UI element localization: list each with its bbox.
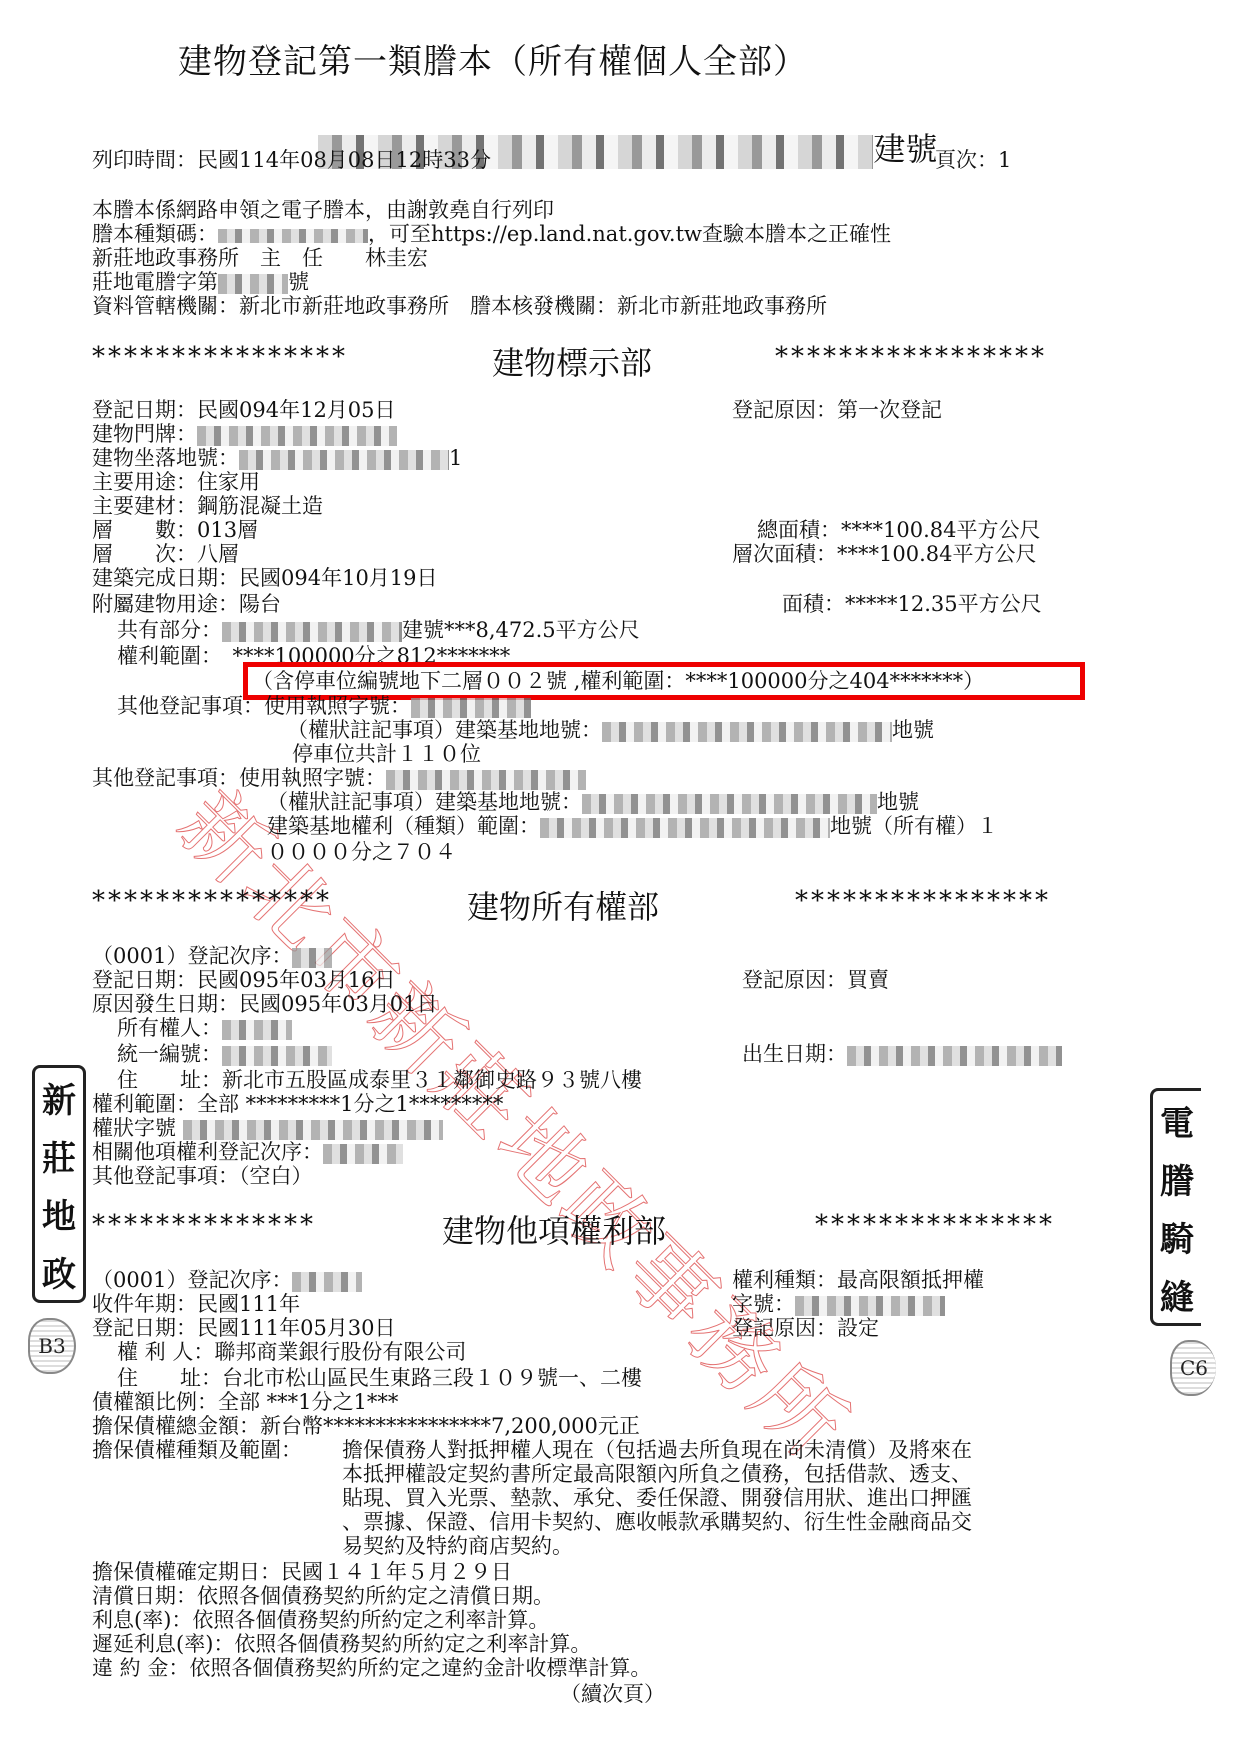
- word-number: 字號：: [732, 1292, 945, 1316]
- right-page-badge: C6: [1170, 1340, 1216, 1396]
- related-rights-order: 相關他項權利登記次序：: [92, 1140, 403, 1164]
- receipt-year: 收件年期：民國111年: [92, 1292, 300, 1316]
- left-page-badge: B3: [28, 1318, 76, 1374]
- ownership-order: （0001）登記次序：: [92, 944, 332, 968]
- parking-note: （含停車位編號地下二層００２號 ,權利範圍：****100000分之404***…: [252, 669, 984, 693]
- redacted-shared: [222, 622, 402, 642]
- redacted-lot: [239, 450, 449, 470]
- redacted-cert: [183, 1120, 443, 1140]
- section-divider-right: ***************: [815, 1210, 1055, 1240]
- shared-suffix: 建號***8,472.5平方公尺: [402, 618, 640, 642]
- secured-scope-line: 擔保債務人對抵押權人現在（包括過去所負現在尚未清償）及將來在: [342, 1438, 972, 1462]
- base-rights-prefix: 建築基地權利（種類）範圍：: [267, 814, 540, 838]
- redacted-word-no: [795, 1296, 945, 1316]
- section-divider-left: **************: [92, 1210, 316, 1240]
- ownership-other: 其他登記事項：（空白）: [92, 1164, 313, 1188]
- reg-date: 登記日期：民國094年12月05日: [92, 398, 396, 422]
- continued-next-page: （續次頁）: [560, 1682, 665, 1706]
- total-area: 總面積：****100.84平方公尺: [757, 518, 1040, 542]
- parking-total: 停車位共計１１０位: [292, 742, 481, 766]
- owner: 所有權人：: [117, 1016, 292, 1040]
- print-time-label: 列印時間：: [92, 148, 197, 172]
- secured-scope-line: 、票據、保證、信用卡契約、應收帳款承購契約、衍生性金融商品交: [342, 1510, 972, 1534]
- id-label: 統一編號：: [117, 1042, 222, 1066]
- seal-char: 騎: [1160, 1212, 1194, 1261]
- doc-no-suffix: 號: [288, 270, 309, 294]
- redacted-door-plate: [197, 426, 397, 446]
- base-rights-suffix: 地號（所有權）１: [830, 814, 998, 838]
- owner-label: 所有權人：: [117, 1016, 222, 1040]
- main-use: 主要用途：住家用: [92, 470, 260, 494]
- ownership-reg-date: 登記日期：民國095年03月16日: [92, 968, 396, 992]
- order-label: （0001）登記次序：: [92, 944, 292, 968]
- secured-scope-line: 易契約及特約商店契約。: [342, 1534, 573, 1558]
- section-title-marking: 建物標示部: [492, 338, 652, 384]
- document-title: 建物登記第一類謄本（所有權個人全部）: [178, 34, 808, 83]
- other-items-2: 其他登記事項：使用執照字號：: [92, 766, 586, 790]
- seal-char: 新: [42, 1073, 76, 1122]
- determination-date: 擔保債權確定期日：民國１４１年５月２９日: [92, 1560, 512, 1584]
- holder-address: 住 址：台北市松山區民生東路三段１０９號一、二樓: [117, 1366, 642, 1390]
- e-transcript-note: 本謄本係網路申領之電子謄本，由謝敦堯自行列印: [92, 198, 554, 222]
- redacted-related-order: [323, 1144, 403, 1164]
- other-items-1-lot: （權狀註記事項）建築基地地號：地號: [287, 718, 934, 742]
- birth-date: 出生日期：: [742, 1042, 1062, 1066]
- redacted-permit-2: [386, 770, 586, 790]
- redacted-lot-1: [602, 722, 892, 742]
- building-number-suffix: 建號: [873, 130, 937, 168]
- late-interest: 遲延利息(率)：依照各個債務契約所約定之利率計算。: [92, 1632, 591, 1656]
- section-divider-left: ***************: [92, 886, 332, 916]
- redacted-code: [218, 229, 368, 243]
- other-items-1: 其他登記事項：使用執照字號：: [117, 694, 531, 718]
- rights-holder: 權 利 人：聯邦商業銀行股份有限公司: [117, 1340, 466, 1364]
- redacted-owner: [222, 1020, 292, 1040]
- other1-label: 其他登記事項：使用執照字號：: [117, 694, 411, 718]
- rights-order-label: （0001）登記次序：: [92, 1268, 292, 1292]
- page-number: 頁次：1: [935, 148, 1011, 172]
- other1-lot-suffix: 地號: [892, 718, 934, 742]
- other2-lot-prefix: （權狀註記事項）建築基地地號：: [267, 790, 582, 814]
- secured-scope-label: 擔保債權種類及範圍：: [92, 1438, 302, 1462]
- ownership-reg-reason: 登記原因：買賣: [742, 968, 889, 992]
- seal-char: 縫: [1160, 1270, 1194, 1319]
- owner-address: 住 址：新北市五股區成泰里３１鄰御史路９３號八樓: [117, 1068, 642, 1092]
- rights-reg-date: 登記日期：民國111年05月30日: [92, 1316, 396, 1340]
- print-time: 列印時間：民國114年08月08日12時33分: [92, 148, 491, 172]
- right-riding-seal: 電 謄 騎 縫: [1150, 1088, 1201, 1326]
- left-riding-seal: 新 莊 地 政: [32, 1065, 86, 1303]
- secured-total-amount: 擔保債權總金額：新台幣****************7,200,000元正: [92, 1414, 640, 1438]
- penalty: 違 約 金：依照各個債務契約所約定之違約金計收標準計算。: [92, 1656, 651, 1680]
- verification-line: 謄本種類碼：，可至https://ep.land.nat.gov.tw查驗本謄本…: [92, 222, 891, 246]
- seal-char: 莊: [42, 1131, 76, 1180]
- other2-lot-suffix: 地號: [877, 790, 919, 814]
- section-title-ownership: 建物所有權部: [467, 882, 659, 928]
- base-land-rights: 建築基地權利（種類）範圍：地號（所有權）１: [267, 814, 998, 838]
- other-items-2-lot: （權狀註記事項）建築基地地號：地號: [267, 790, 919, 814]
- seal-char: 政: [42, 1247, 76, 1296]
- other2-label: 其他登記事項：使用執照字號：: [92, 766, 386, 790]
- certificate-number: 權狀字號: [92, 1116, 443, 1140]
- base-land-ratio: ００００分之７０４: [267, 840, 456, 864]
- annex-area: 面積：*****12.35平方公尺: [782, 592, 1042, 616]
- main-material: 主要建材：鋼筋混凝土造: [92, 494, 323, 518]
- doc-no-prefix: 莊地電謄字第: [92, 270, 218, 294]
- page-value: 1: [998, 148, 1011, 172]
- other1-lot-prefix: （權狀註記事項）建築基地地號：: [287, 718, 602, 742]
- completion-date: 建築完成日期：民國094年10月19日: [92, 566, 438, 590]
- id-number: 統一編號：: [117, 1042, 332, 1066]
- ownership-rights-scope: 權利範圍：全部 *********1分之1*********: [92, 1092, 503, 1116]
- repayment-date: 清償日期：依照各個債務契約所約定之清償日期。: [92, 1584, 554, 1608]
- interest-rate: 利息(率)：依照各個債務契約所約定之利率計算。: [92, 1608, 549, 1632]
- door-plate: 建物門牌：: [92, 422, 397, 446]
- lot-number: 建物坐落地號：1: [92, 446, 462, 470]
- rights-order: （0001）登記次序：: [92, 1268, 362, 1292]
- floor-count: 層 數：013層: [92, 518, 258, 542]
- redacted-permit-1: [411, 698, 531, 718]
- redacted-doc-no: [218, 274, 288, 294]
- section-divider-right: ****************: [795, 886, 1051, 916]
- redacted-base-lot: [540, 818, 830, 838]
- section-divider-right: *****************: [775, 342, 1047, 372]
- office-director-line: 新莊地政事務所 主 任 林圭宏: [92, 246, 428, 270]
- section-title-other-rights: 建物他項權利部: [442, 1206, 666, 1252]
- birth-label: 出生日期：: [742, 1042, 847, 1066]
- cert-label: 權狀字號: [92, 1116, 176, 1140]
- related-label: 相關他項權利登記次序：: [92, 1140, 323, 1164]
- door-label: 建物門牌：: [92, 422, 197, 446]
- shared-portion: 共有部分：建號***8,472.5平方公尺: [117, 618, 640, 642]
- seal-char: 地: [42, 1189, 76, 1238]
- redacted-lot-2: [582, 794, 877, 814]
- lot-label: 建物坐落地號：: [92, 446, 239, 470]
- document-number: 莊地電謄字第號: [92, 270, 309, 294]
- code-label: 謄本種類碼：: [92, 222, 218, 246]
- rights-reg-reason: 登記原因：設定: [732, 1316, 879, 1340]
- redacted-birth-date: [847, 1046, 1062, 1066]
- redacted-id: [222, 1046, 332, 1066]
- verify-text: ，可至https://ep.land.nat.gov.tw查驗本謄本之正確性: [368, 222, 891, 246]
- agency-line: 資料管轄機關：新北市新莊地政事務所 謄本核發機關：新北市新莊地政事務所: [92, 294, 827, 318]
- seal-char: 謄: [1160, 1154, 1194, 1203]
- word-no-label: 字號：: [732, 1292, 795, 1316]
- redacted-rights-order: [292, 1272, 362, 1292]
- floor-area: 層次面積：****100.84平方公尺: [732, 542, 1036, 566]
- secured-scope-line: 本抵押權設定契約書所定最高限額內所負之債務，包括借款、透支、: [342, 1462, 972, 1486]
- annex-use: 附屬建物用途：陽台: [92, 592, 281, 616]
- shared-label: 共有部分：: [117, 618, 222, 642]
- lot-suffix: 1: [449, 446, 462, 470]
- reg-reason: 登記原因：第一次登記: [732, 398, 942, 422]
- cause-date: 原因發生日期：民國095年03月01日: [92, 992, 438, 1016]
- section-divider-left: ****************: [92, 342, 348, 372]
- right-type: 權利種類：最高限額抵押權: [732, 1268, 984, 1292]
- redacted-order: [292, 948, 332, 968]
- seal-char: 電: [1160, 1096, 1194, 1145]
- print-time-value: 民國114年08月08日12時33分: [197, 148, 491, 172]
- secured-scope-line: 貼現、買入光票、墊款、承兌、委任保證、開發信用狀、進出口押匯: [342, 1486, 972, 1510]
- page-label: 頁次：: [935, 148, 998, 172]
- debt-ratio: 債權額比例：全部 ***1分之1***: [92, 1390, 398, 1414]
- floor-level: 層 次：八層: [92, 542, 239, 566]
